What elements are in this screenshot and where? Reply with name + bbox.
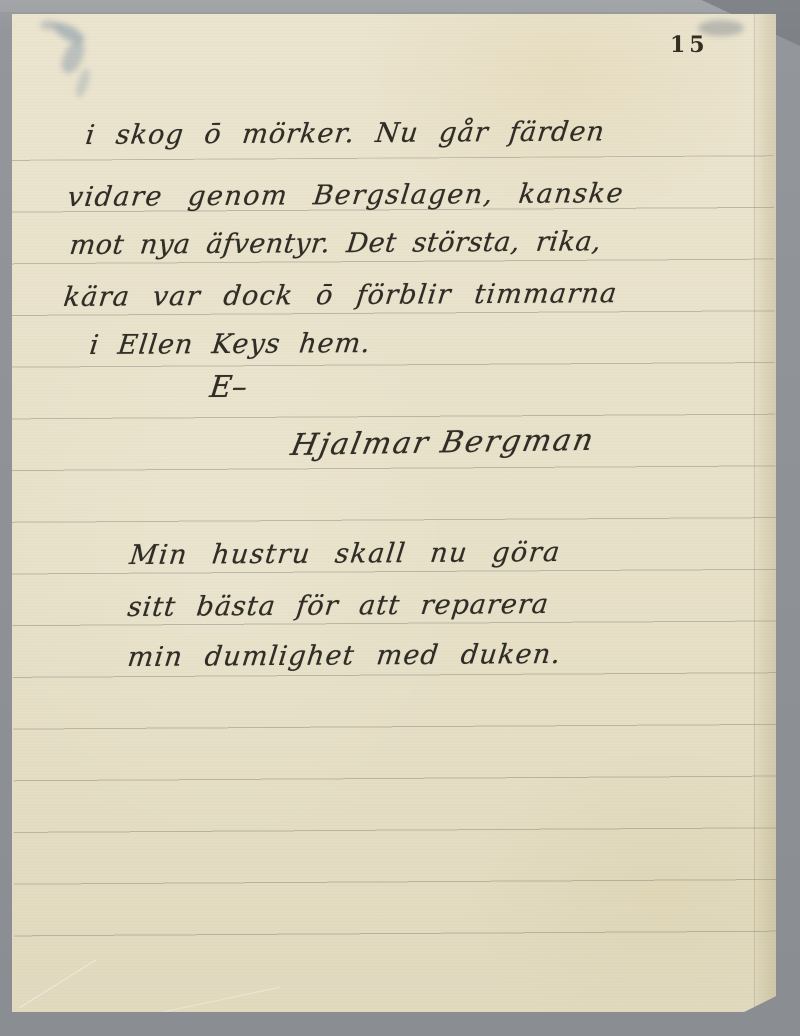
paper-right-edge-shading	[752, 14, 776, 1012]
page-number-stamp: 15	[670, 32, 709, 58]
handwriting-line-4: kära var dock ō förblir timmarna	[62, 278, 619, 313]
manuscript-paper: 15 i skog ō mörker. Nu går färden vidare…	[12, 14, 776, 1012]
handwriting-line-2: vidare genom Bergslagen, kanske	[66, 178, 626, 213]
handwriting-line-3: mot nya äfventyr. Det största, rika,	[68, 226, 603, 261]
handwriting-line-5: i Ellen Keys hem.	[88, 328, 373, 361]
paper-corner-crease	[19, 959, 96, 1008]
ink-stain-top-left	[34, 18, 120, 114]
postscript-line-2: sitt bästa för att reparera	[126, 589, 551, 623]
scanned-manuscript-page: { "document": { "page_number": "15", "le…	[0, 0, 800, 1036]
handwriting-line-1: i skog ō mörker. Nu går färden	[84, 116, 607, 151]
postscript-line-3: min dumlighet med duken.	[126, 639, 563, 673]
paper-vertical-crease	[754, 14, 755, 1012]
valediction: E–	[208, 370, 249, 405]
mat-top-highlight	[0, 0, 800, 12]
signature: Hjalmar Bergman	[288, 423, 598, 463]
paper-bottom-crease	[163, 987, 281, 1013]
postscript-line-1: Min hustru skall nu göra	[128, 537, 563, 571]
